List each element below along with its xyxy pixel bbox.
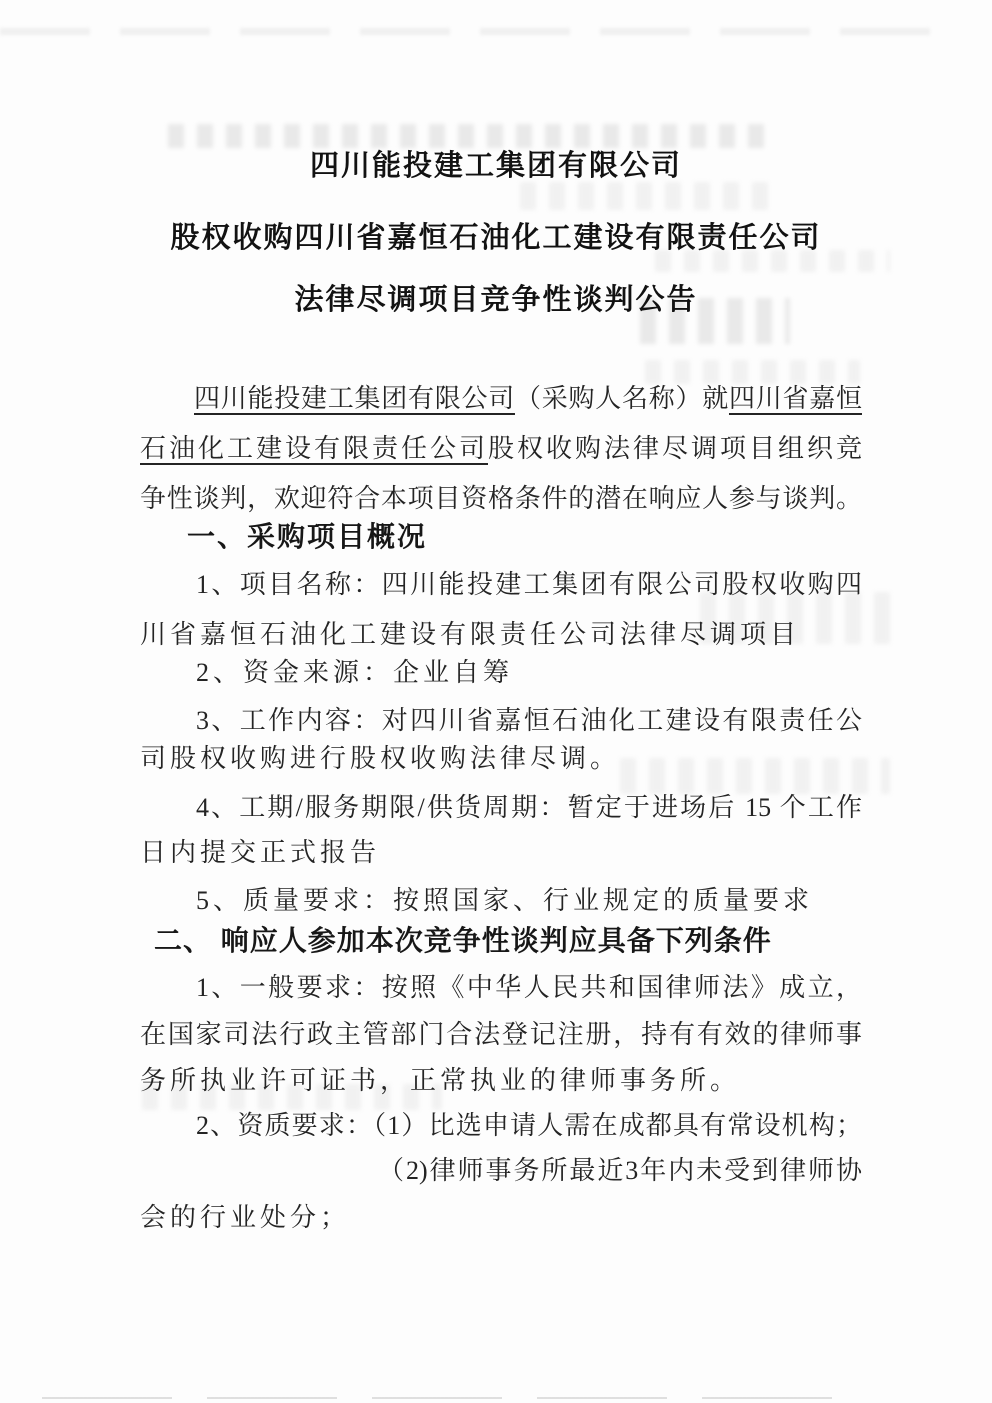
intro-line-2: 石油化工建设有限责任公司股权收购法律尽调项目组织竞	[140, 429, 862, 469]
scanned-document-page: 四川能投建工集团有限公司 股权收购四川省嘉恒石油化工建设有限责任公司 法律尽调项…	[0, 0, 992, 1403]
section1-item1-line2: 川省嘉恒石油化工建设有限责任公司法律尽调项目	[140, 615, 862, 655]
section1-item1-line1: 1、项目名称：四川能投建工集团有限公司股权收购四	[140, 565, 862, 605]
section2-item2-line1: 2、资质要求：（1）比选申请人需在成都具有常设机构；	[140, 1106, 862, 1146]
bleedthrough-smudge	[520, 182, 770, 210]
intro-line-3: 争性谈判，欢迎符合本项目资格条件的潜在响应人参与谈判。	[140, 479, 862, 519]
intro-line-2-plain: 股权收购法律尽调项目组织竞	[488, 434, 862, 463]
section1-item4-line1: 4、工期/服务期限/供货周期：暂定于进场后 15 个工作	[140, 788, 862, 828]
section2-item1-line2: 在国家司法行政主管部门合法登记注册，持有有效的律师事	[140, 1015, 862, 1055]
intro-line-1: 四川能投建工集团有限公司（采购人名称）就四川省嘉恒	[140, 379, 862, 419]
section1-item2: 2、资金来源：企业自筹	[140, 653, 862, 693]
purchaser-name-underlined: 四川能投建工集团有限公司	[194, 384, 515, 413]
target-company-underlined-start: 四川省嘉恒	[729, 384, 862, 413]
section2-item2-line2: （2)律师事务所最近3年内未受到律师协	[140, 1151, 862, 1191]
intro-line-1-plain: （采购人名称）就	[515, 384, 729, 413]
section2-item1-line3: 务所执业许可证书，正常执业的律师事务所。	[140, 1061, 862, 1101]
target-company-underlined-end: 石油化工建设有限责任公司	[140, 434, 488, 463]
section1-item4-line2: 日内提交正式报告	[140, 833, 862, 873]
document-title-line-2: 股权收购四川省嘉恒石油化工建设有限责任公司	[0, 218, 992, 258]
scan-bottom-edge-artifact	[42, 1397, 842, 1399]
section1-item3-line1: 3、工作内容：对四川省嘉恒石油化工建设有限责任公	[140, 701, 862, 741]
section-1-heading: 一、采购项目概况	[140, 517, 862, 557]
scan-streak-artifact	[0, 28, 960, 35]
section1-item5: 5、质量要求：按照国家、行业规定的质量要求	[140, 881, 862, 921]
section-2-heading: 二、 响应人参加本次竞争性谈判应具备下列条件	[140, 921, 862, 961]
section2-item1-line1: 1、一般要求：按照《中华人民共和国律师法》成立，	[140, 968, 862, 1008]
section2-item2-line3: 会的行业处分；	[140, 1198, 862, 1238]
document-title-line-3: 法律尽调项目竞争性谈判公告	[0, 280, 992, 320]
section1-item3-line2: 司股权收购进行股权收购法律尽调。	[140, 739, 862, 779]
bleedthrough-smudge	[168, 124, 768, 148]
document-title-line-1: 四川能投建工集团有限公司	[0, 146, 992, 186]
